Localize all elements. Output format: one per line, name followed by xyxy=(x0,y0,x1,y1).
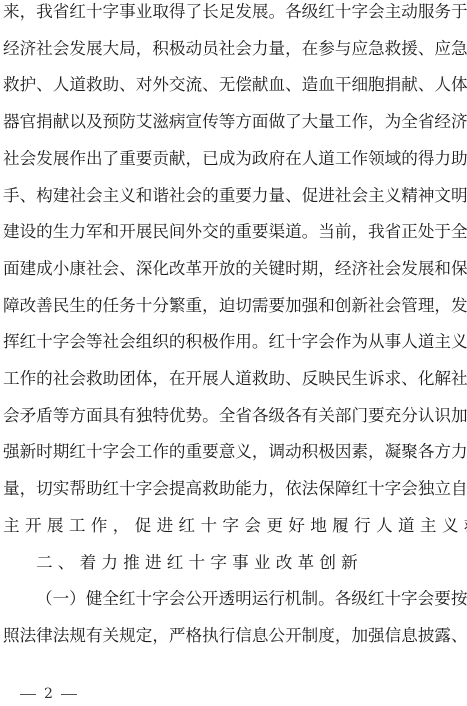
body-text-line: 面建成小康社会、深化改革开放的关键时期，经济社会发展和保 xyxy=(3,257,465,281)
paragraph-last-line: 主开展工作，促进红十字会更好地履行人道主义救助职责。 xyxy=(3,514,465,538)
document-page: 来，我省红十字事业取得了长足发展。各级红十字会主动服务于 经济社会发展大局，积极… xyxy=(0,0,467,706)
body-text-line: 强新时期红十字会工作的重要意义，调动积极因素，凝聚各方力 xyxy=(3,440,465,464)
body-text-line: 器官捐献以及预防艾滋病宣传等方面做了大量工作，为全省经济 xyxy=(3,110,465,134)
page-number-value: 2 xyxy=(44,686,53,702)
page-number: 2 xyxy=(12,685,85,703)
subsection-first-line: （一）健全红十字会公开透明运行机制。各级红十字会要按 xyxy=(36,587,465,611)
body-text-line: 障改善民生的任务十分繁重，迫切需要加强和创新社会管理，发 xyxy=(3,294,465,318)
body-text-line: 照法律法规有关规定，严格执行信息公开制度，加强信息披露、 xyxy=(3,624,465,648)
body-text-line: 建设的生力军和开展民间外交的重要渠道。当前，我省正处于全 xyxy=(3,220,465,244)
body-text-line: 工作的社会救助团体，在开展人道救助、反映民生诉求、化解社 xyxy=(3,367,465,391)
body-text-line: 手、构建社会主义和谐社会的重要力量、促进社会主义精神文明 xyxy=(3,184,465,208)
body-text-line: 量，切实帮助红十字会提高救助能力，依法保障红十字会独立自 xyxy=(3,477,465,501)
page-number-dash-left xyxy=(20,694,36,695)
body-text-line: 来，我省红十字事业取得了长足发展。各级红十字会主动服务于 xyxy=(3,0,465,24)
body-text-line: 经济社会发展大局，积极动员社会力量，在参与应急救援、应急 xyxy=(3,37,465,61)
page-number-dash-right xyxy=(61,694,77,695)
body-text-line: 社会发展作出了重要贡献，已成为政府在人道工作领域的得力助 xyxy=(3,147,465,171)
body-text-line: 救护、人道救助、对外交流、无偿献血、造血干细胞捐献、人体 xyxy=(3,73,465,97)
section-heading: 二、着力推进红十字事业改革创新 xyxy=(36,551,465,575)
body-text-line: 会矛盾等方面具有独特优势。全省各级各有关部门要充分认识加 xyxy=(3,404,465,428)
body-text-line: 挥红十字会等社会组织的积极作用。红十字会作为从事人道主义 xyxy=(3,330,465,354)
